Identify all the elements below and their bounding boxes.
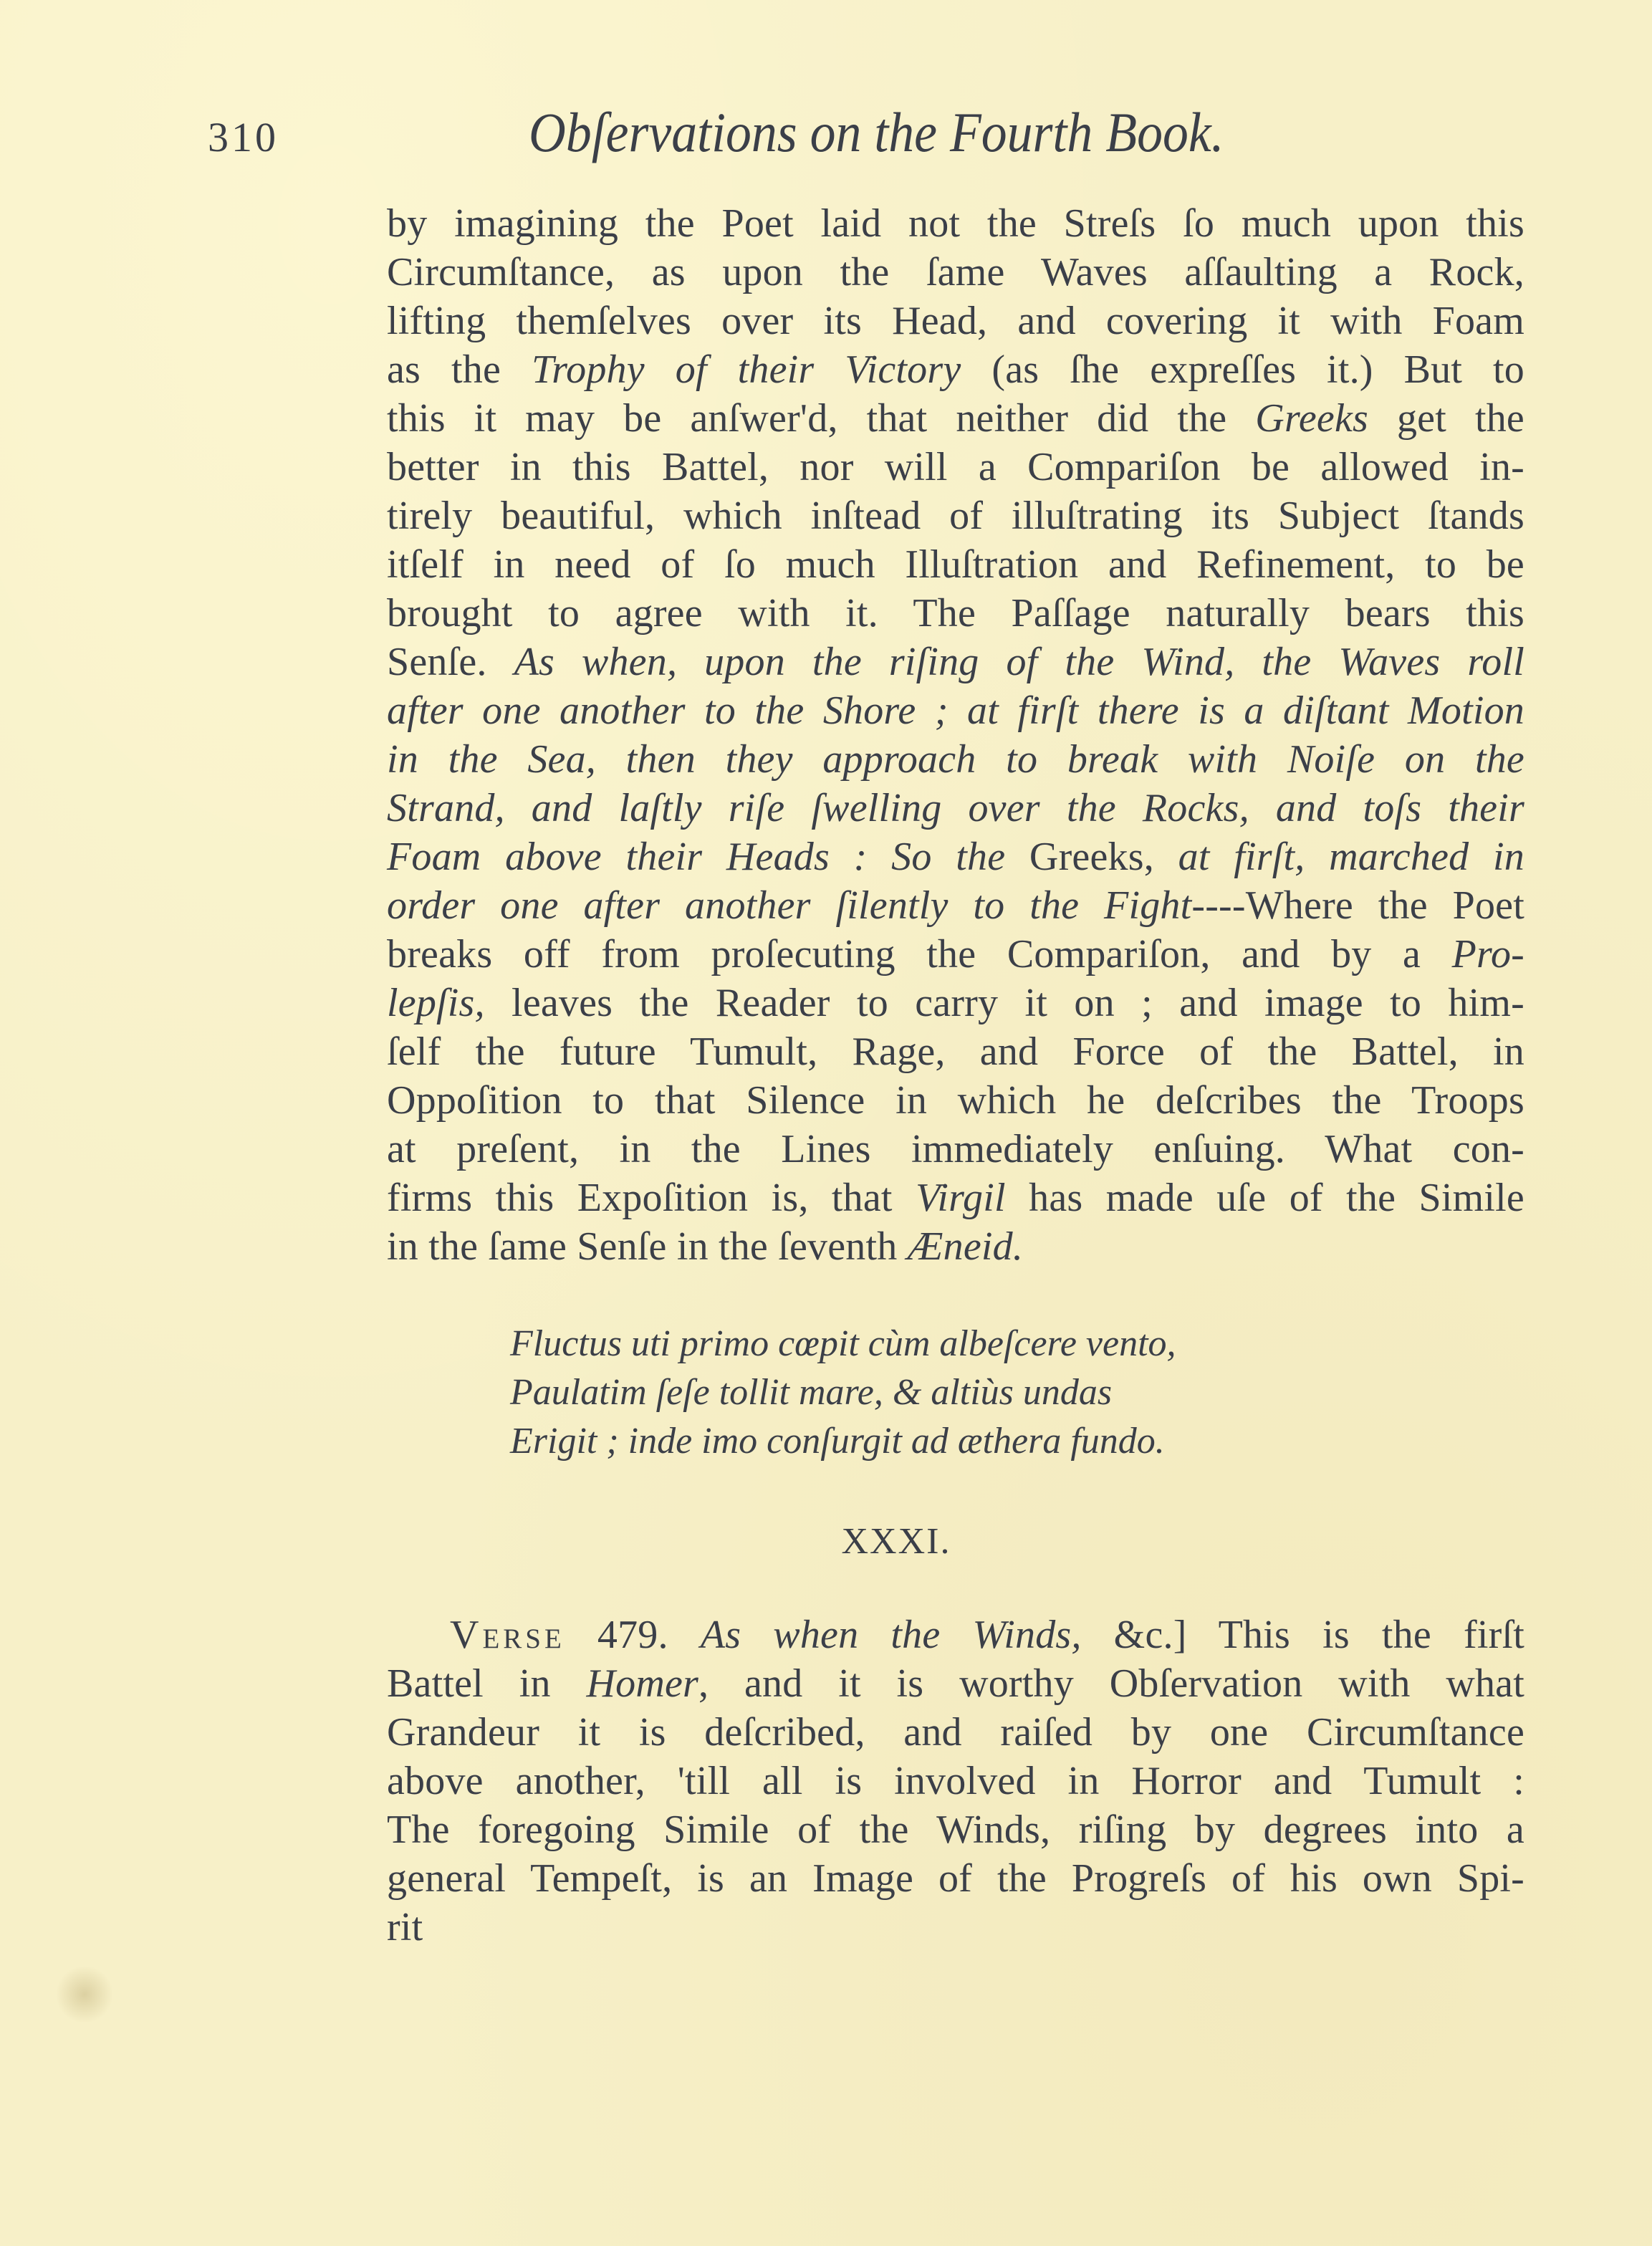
text-line: by imagining the Poet laid not the Streſ…: [387, 199, 1524, 248]
verse-line: Fluctus uti primo cœpit cùm albeſcere ve…: [510, 1320, 1370, 1368]
text-line: Battel in Homer, and it is worthy Obſerv…: [387, 1659, 1524, 1708]
italic-run: in the Sea, then they approach to break …: [387, 737, 1524, 782]
italic-run: Greeks: [1255, 396, 1368, 441]
roman-run: firms this Expoſition is, that: [387, 1176, 916, 1220]
roman-run: this it may be anſwer'd, that neither di…: [387, 396, 1255, 441]
text-line: Oppoſition to that Silence in which he d…: [387, 1076, 1524, 1125]
italic-run: Æneid.: [908, 1224, 1023, 1269]
roman-run: by imagining the Poet laid not the Streſ…: [387, 201, 1524, 246]
text-line: lifting themſelves over its Head, and co…: [387, 297, 1524, 345]
paragraph-1: by imagining the Poet laid not the Streſ…: [387, 199, 1524, 1271]
section-heading: XXXI.: [0, 1520, 1652, 1563]
roman-run: 479.: [565, 1613, 701, 1657]
book-page: 310 Obſervations on the Fourth Book. by …: [0, 0, 1652, 2246]
roman-run: in the ſame Senſe in the ſeventh: [387, 1224, 908, 1269]
text-line: after one another to the Shore ; at firſ…: [387, 686, 1524, 735]
roman-run: (as ſhe expreſſes it.) But to: [961, 347, 1524, 392]
roman-run: Senſe.: [387, 640, 514, 684]
text-line: order one after another ſilently to the …: [387, 881, 1524, 930]
text-line: Senſe. As when, upon the riſing of the W…: [387, 638, 1524, 686]
roman-run: above another, 'till all is involved in …: [387, 1759, 1524, 1803]
roman-run: better in this Battel, nor will a Compar…: [387, 445, 1524, 489]
roman-run: ----Where the Poet: [1191, 883, 1524, 928]
roman-run: Grandeur it is deſcribed, and raiſed by …: [387, 1710, 1524, 1755]
italic-run: Foam above their Heads : So the: [387, 835, 1029, 879]
italic-run: As when the Winds,: [701, 1613, 1082, 1657]
roman-run: Verse: [450, 1613, 565, 1657]
verse-quotation: Fluctus uti primo cœpit cùm albeſcere ve…: [510, 1320, 1370, 1466]
italic-run: Virgil: [916, 1176, 1006, 1220]
italic-run: As when, upon the riſing of the Wind, th…: [514, 640, 1524, 684]
text-line: this it may be anſwer'd, that neither di…: [387, 394, 1524, 443]
text-line: Grandeur it is deſcribed, and raiſed by …: [387, 1708, 1524, 1757]
italic-run: Homer: [586, 1661, 698, 1706]
roman-run: itſelf in need of ſo much Illuſtration a…: [387, 542, 1524, 587]
roman-run: Greeks,: [1029, 835, 1154, 879]
roman-run: , and it is worthy Obſervation with what: [698, 1661, 1524, 1706]
roman-run: &c.] This is the firſt: [1082, 1613, 1524, 1657]
roman-run: at preſent, in the Lines immediately enſ…: [387, 1127, 1524, 1171]
verse-line: Paulatim ſeſe tollit mare, & altiùs unda…: [510, 1368, 1370, 1417]
roman-run: Circumſtance, as upon the ſame Waves aſſ…: [387, 250, 1524, 294]
text-line: Verse 479. As when the Winds, &c.] This …: [387, 1611, 1524, 1659]
text-line: ſelf the future Tumult, Rage, and Force …: [387, 1027, 1524, 1076]
verse-line: Erigit ; inde imo conſurgit ad æthera fu…: [510, 1417, 1370, 1466]
text-line: better in this Battel, nor will a Compar…: [387, 443, 1524, 491]
text-line: general Tempeſt, is an Image of the Prog…: [387, 1854, 1524, 1903]
paragraph-2: Verse 479. As when the Winds, &c.] This …: [387, 1611, 1524, 1952]
italic-run: lepſis,: [387, 981, 485, 1025]
running-head: 310 Obſervations on the Fourth Book.: [208, 100, 1411, 179]
text-line: itſelf in need of ſo much Illuſtration a…: [387, 540, 1524, 589]
roman-run: get the: [1368, 396, 1524, 441]
italic-run: Pro-: [1452, 932, 1524, 976]
text-line: firms this Expoſition is, that Virgil ha…: [387, 1174, 1524, 1222]
running-title: Obſervations on the Fourth Book.: [529, 100, 1224, 165]
text-line: brought to agree with it. The Paſſage na…: [387, 589, 1524, 638]
roman-run: has made uſe of the Simile: [1006, 1176, 1524, 1220]
text-line: above another, 'till all is involved in …: [387, 1757, 1524, 1805]
roman-run: The foregoing Simile of the Winds, riſin…: [387, 1808, 1524, 1852]
roman-run: leaves the Reader to carry it on ; and i…: [485, 981, 1524, 1025]
roman-run: Oppoſition to that Silence in which he d…: [387, 1078, 1524, 1123]
roman-run: as the: [387, 347, 532, 392]
text-line: tirely beautiful, which inſtead of illuſ…: [387, 491, 1524, 540]
italic-run: Trophy of their Victory: [532, 347, 961, 392]
text-line: as the Trophy of their Victory (as ſhe e…: [387, 345, 1524, 394]
text-line: The foregoing Simile of the Winds, riſin…: [387, 1805, 1524, 1854]
text-line: in the Sea, then they approach to break …: [387, 735, 1524, 784]
roman-run: brought to agree with it. The Paſſage na…: [387, 591, 1524, 635]
italic-run: after one another to the Shore ; at firſ…: [387, 688, 1524, 733]
roman-run: tirely beautiful, which inſtead of illuſ…: [387, 494, 1524, 538]
italic-run: order one after another ſilently to the …: [387, 883, 1191, 928]
text-line: Circumſtance, as upon the ſame Waves aſſ…: [387, 248, 1524, 297]
text-line: in the ſame Senſe in the ſeventh Æneid.: [387, 1222, 1524, 1271]
roman-run: lifting themſelves over its Head, and co…: [387, 299, 1524, 343]
italic-run: at firſt, marched in: [1154, 835, 1524, 879]
text-line: lepſis, leaves the Reader to carry it on…: [387, 979, 1524, 1027]
roman-run: ſelf the future Tumult, Rage, and Force …: [387, 1030, 1524, 1074]
catchword: rit: [387, 1903, 1524, 1952]
roman-run: general Tempeſt, is an Image of the Prog…: [387, 1856, 1524, 1901]
text-line: Foam above their Heads : So the Greeks, …: [387, 832, 1524, 881]
text-line: breaks off from proſecuting the Compariſ…: [387, 930, 1524, 979]
text-line: Strand, and laſtly riſe ſwelling over th…: [387, 784, 1524, 832]
italic-run: Strand, and laſtly riſe ſwelling over th…: [387, 786, 1524, 830]
page-number: 310: [208, 113, 279, 161]
text-line: at preſent, in the Lines immediately enſ…: [387, 1125, 1524, 1174]
roman-run: Battel in: [387, 1661, 586, 1706]
roman-run: breaks off from proſecuting the Compariſ…: [387, 932, 1452, 976]
